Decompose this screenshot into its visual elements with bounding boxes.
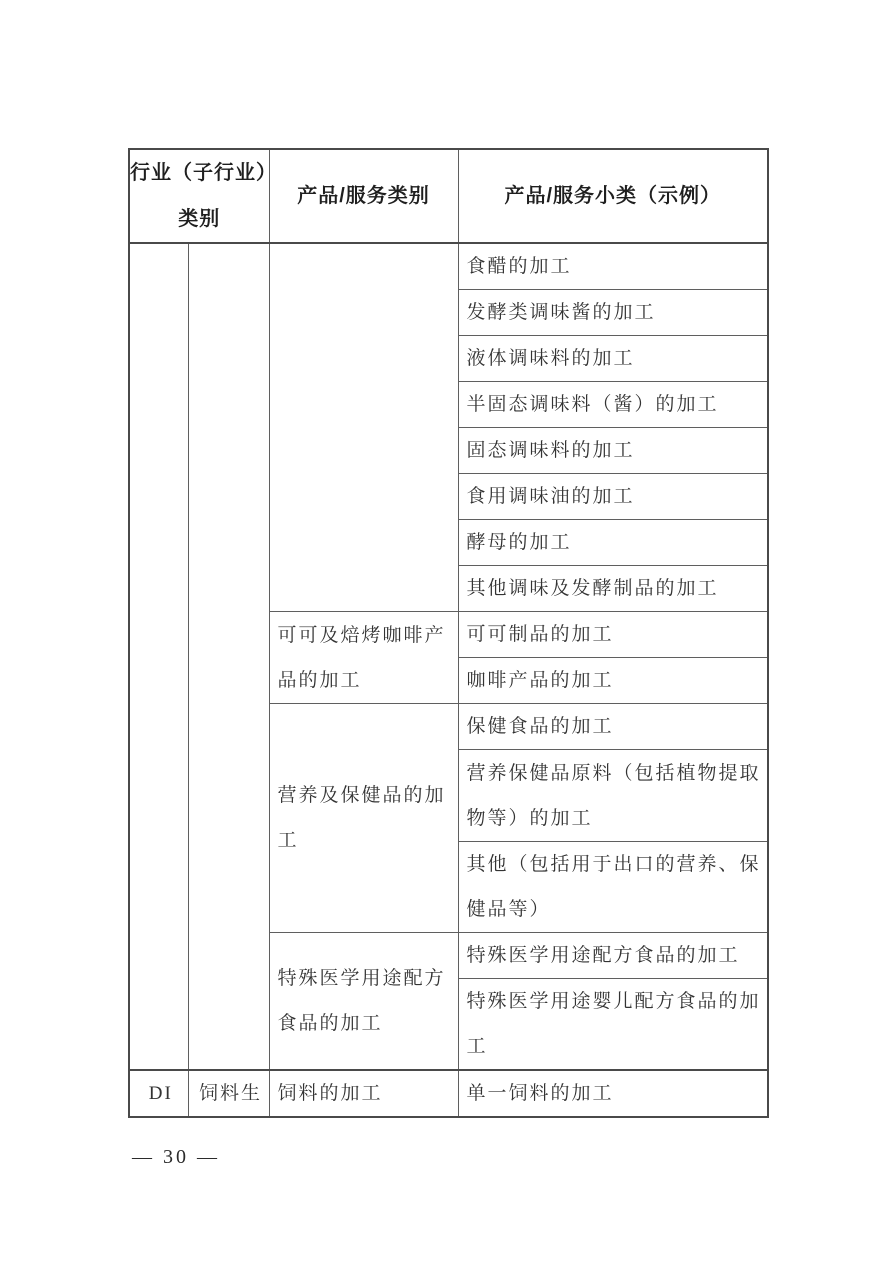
document-page: 行业（子行业） 类别 产品/服务类别 产品/服务小类（示例） 食醋的加工 发酵类… — [0, 0, 892, 1262]
subcategory-cell: 半固态调味料（酱）的加工 — [458, 382, 768, 428]
subcategory-cell: 其他（包括用于出口的营养、保健品等） — [458, 842, 768, 933]
subcategory-cell: 酵母的加工 — [458, 520, 768, 566]
industry-products-table: 行业（子行业） 类别 产品/服务类别 产品/服务小类（示例） 食醋的加工 发酵类… — [128, 148, 769, 1118]
subcategory-cell: 液体调味料的加工 — [458, 336, 768, 382]
header-product-service-category: 产品/服务类别 — [269, 149, 458, 243]
category-cell: 饲料的加工 — [269, 1070, 458, 1117]
subcategory-cell: 特殊医学用途婴儿配方食品的加工 — [458, 979, 768, 1071]
header-product-service-subcategory: 产品/服务小类（示例） — [458, 149, 768, 243]
subcategory-cell: 可可制品的加工 — [458, 612, 768, 658]
industry-code-cell-empty — [129, 243, 188, 1070]
subcategory-cell: 食用调味油的加工 — [458, 474, 768, 520]
table-header-row: 行业（子行业） 类别 产品/服务类别 产品/服务小类（示例） — [129, 149, 768, 243]
subcategory-cell: 营养保健品原料（包括植物提取物等）的加工 — [458, 750, 768, 842]
subcategory-cell: 单一饲料的加工 — [458, 1070, 768, 1117]
page-number: — 30 — — [132, 1146, 220, 1169]
category-cell: 特殊医学用途配方食品的加工 — [269, 933, 458, 1071]
header-industry-line1: 行业（子行业） — [130, 150, 269, 196]
subcategory-cell: 食醋的加工 — [458, 243, 768, 290]
category-cell: 营养及保健品的加工 — [269, 704, 458, 933]
subcategory-cell: 固态调味料的加工 — [458, 428, 768, 474]
industry-name-cell-empty — [188, 243, 269, 1070]
subcategory-cell: 特殊医学用途配方食品的加工 — [458, 933, 768, 979]
header-industry-line2: 类别 — [130, 196, 269, 242]
table-row-di: DI 饲料生 饲料的加工 单一饲料的加工 — [129, 1070, 768, 1117]
subcategory-cell: 咖啡产品的加工 — [458, 658, 768, 704]
category-cell-empty — [269, 243, 458, 612]
subcategory-cell: 保健食品的加工 — [458, 704, 768, 750]
header-industry-category: 行业（子行业） 类别 — [129, 149, 269, 243]
industry-code-cell: DI — [129, 1070, 188, 1117]
subcategory-cell: 其他调味及发酵制品的加工 — [458, 566, 768, 612]
table-row: 食醋的加工 — [129, 243, 768, 290]
category-cell: 可可及焙烤咖啡产品的加工 — [269, 612, 458, 704]
industry-name-cell: 饲料生 — [188, 1070, 269, 1117]
subcategory-cell: 发酵类调味酱的加工 — [458, 290, 768, 336]
